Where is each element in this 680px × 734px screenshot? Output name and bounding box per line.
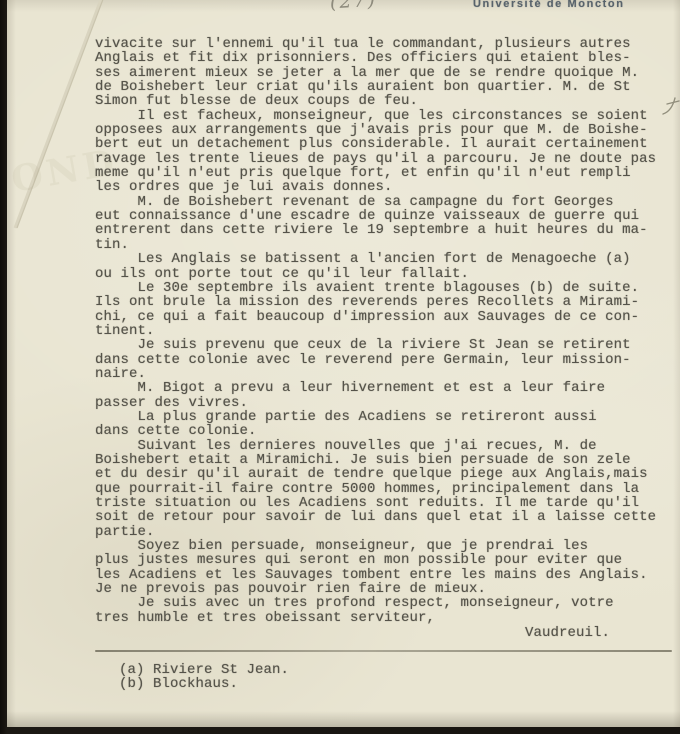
footnote-divider [95, 650, 672, 652]
footnotes: (a) Riviere St Jean. (b) Blockhaus. [119, 663, 289, 692]
signature: Vaudreuil. [525, 626, 610, 640]
scanned-letter-screenshot: OND (27) Université de Moncton vivacite … [0, 0, 680, 734]
letter-body: vivacite sur l'ennemi qu'il tua le comma… [95, 37, 656, 625]
university-stamp: Université de Moncton [473, 0, 625, 10]
handwritten-page-number: (27) [329, 0, 382, 15]
pencil-tick-icon [663, 98, 679, 114]
paper: OND (27) Université de Moncton vivacite … [7, 0, 680, 727]
